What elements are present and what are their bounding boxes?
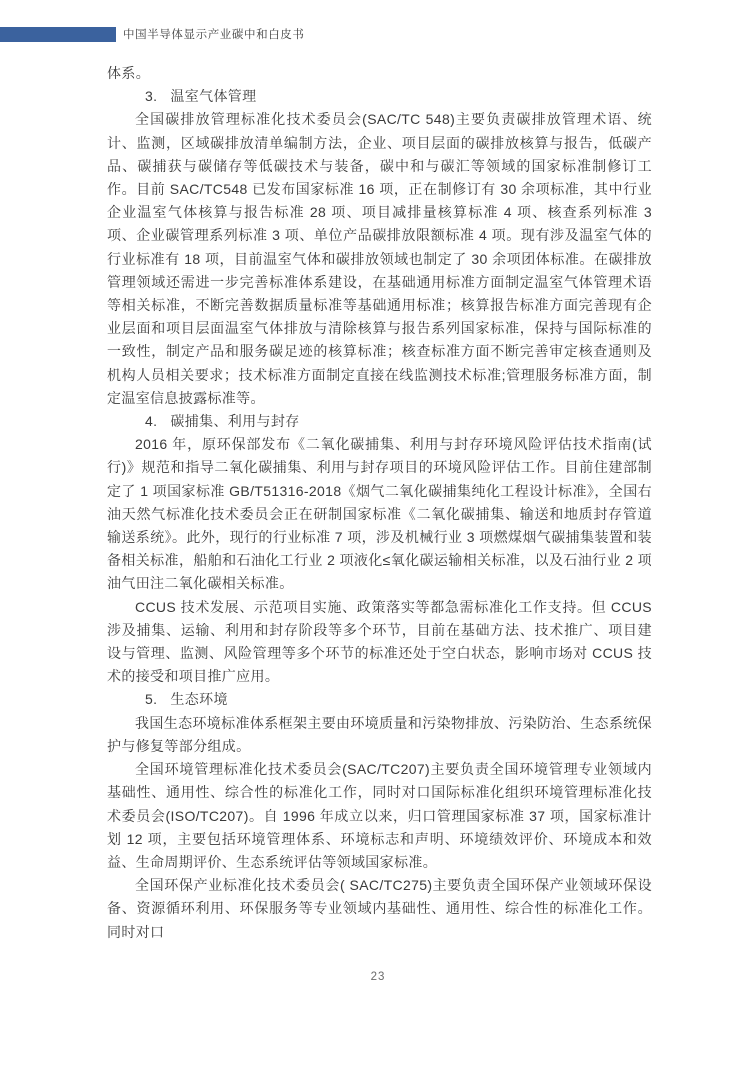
header-accent-bar bbox=[0, 27, 116, 42]
section-title: 生态环境 bbox=[170, 691, 227, 707]
document-page: 中国半导体显示产业碳中和白皮书 体系。 3.温室气体管理 全国碳排放管理标准化技… bbox=[0, 0, 756, 1068]
document-body: 体系。 3.温室气体管理 全国碳排放管理标准化技术委员会(SAC/TC 548)… bbox=[107, 62, 652, 944]
section-heading-3: 3.温室气体管理 bbox=[107, 85, 652, 108]
section-heading-5: 5.生态环境 bbox=[107, 688, 652, 711]
body-paragraph-sac-tc207: 全国环境管理标准化技术委员会(SAC/TC207)主要负责全国环境管理专业领域内… bbox=[107, 758, 652, 874]
header-title: 中国半导体显示产业碳中和白皮书 bbox=[123, 28, 305, 42]
body-paragraph-ghg-management: 全国碳排放管理标准化技术委员会(SAC/TC 548)主要负责碳排放管理术语、统… bbox=[107, 108, 652, 410]
body-paragraph-eco-framework: 我国生态环境标准体系框架主要由环境质量和污染物排放、污染防治、生态系统保护与修复… bbox=[107, 712, 652, 758]
paragraph-continuation: 体系。 bbox=[107, 62, 652, 85]
section-title: 碳捕集、利用与封存 bbox=[170, 413, 299, 429]
body-paragraph-ccus-gaps: CCUS 技术发展、示范项目实施、政策落实等都急需标准化工作支持。但 CCUS … bbox=[107, 596, 652, 689]
page-number: 23 bbox=[371, 971, 386, 983]
body-paragraph-sac-tc275: 全国环保产业标准化技术委员会( SAC/TC275)主要负责全国环保产业领域环保… bbox=[107, 874, 652, 944]
page-footer: 23 bbox=[0, 967, 756, 985]
section-number: 3. bbox=[145, 85, 157, 108]
section-heading-4: 4.碳捕集、利用与封存 bbox=[107, 410, 652, 433]
section-number: 5. bbox=[145, 688, 157, 711]
body-paragraph-ccus-standards: 2016 年，原环保部发布《二氧化碳捕集、利用与封存环境风险评估技术指南(试行)… bbox=[107, 433, 652, 595]
section-number: 4. bbox=[145, 410, 157, 433]
section-title: 温室气体管理 bbox=[170, 88, 256, 104]
